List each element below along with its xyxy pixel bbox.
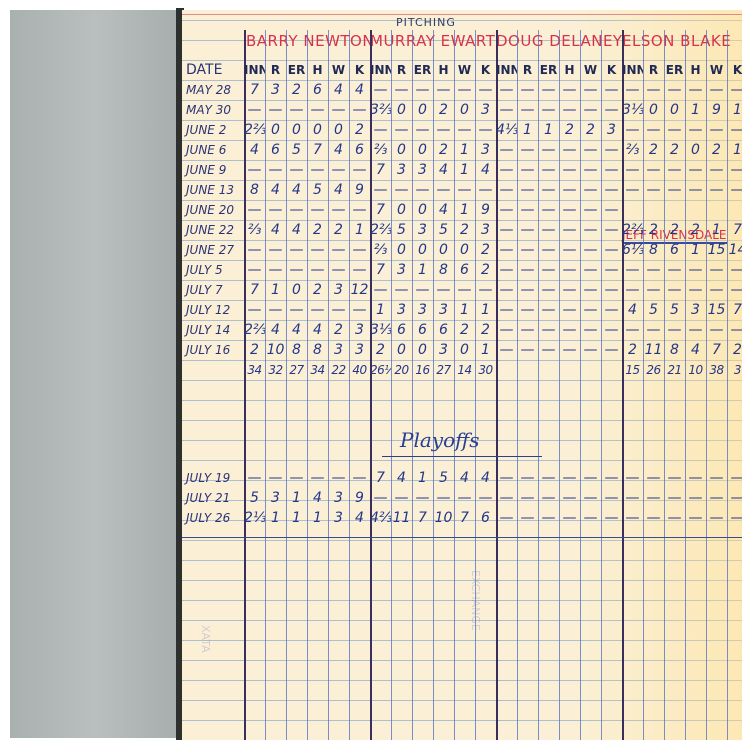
stat-cell-murray-inn: — — [370, 180, 391, 200]
stat-cell-elson-k — [727, 200, 742, 220]
stat-cell-elson-r: 2 — [643, 220, 664, 240]
stat-cell-murray-h: — — [433, 280, 454, 300]
stat-cell-doug-h: — — [559, 260, 580, 280]
stat-cell-murray-r: 0 — [391, 140, 412, 160]
stat-cell-doug-er: — — [538, 200, 559, 220]
stat-cell-murray-er: 0 — [412, 200, 433, 220]
stat-cell-elson-inn: — — [622, 508, 643, 528]
stat-cell-doug-r: — — [517, 300, 538, 320]
stat-cell-elson-h: 0 — [685, 140, 706, 160]
stat-cell-doug-h: — — [559, 508, 580, 528]
stat-cell-doug-w: — — [580, 80, 601, 100]
stat-cell-murray-r: 20 — [391, 360, 412, 380]
stat-cell-murray-inn: 7 — [370, 160, 391, 180]
stat-cell-barry-k: 6 — [349, 140, 370, 160]
stat-cell-barry-inn: 2⅔ — [244, 320, 265, 340]
stat-cell-doug-inn: — — [496, 200, 517, 220]
stat-cell-murray-h: 4 — [433, 160, 454, 180]
stat-cell-barry-w: — — [328, 260, 349, 280]
stat-cell-barry-h: 8 — [307, 340, 328, 360]
stat-cell-murray-er: 16 — [412, 360, 433, 380]
table-row: JULY 19——————741544———————————— — [182, 468, 742, 488]
stat-cell-murray-r: 11 — [391, 508, 412, 528]
stat-cell-barry-k: 4 — [349, 80, 370, 100]
stat-cell-barry-inn: ⅔ — [244, 220, 265, 240]
stat-cell-elson-h: 10 — [685, 360, 706, 380]
stat-cell-murray-inn: 7 — [370, 200, 391, 220]
row-date: JULY 5 — [186, 260, 244, 280]
stat-cell-barry-k: — — [349, 468, 370, 488]
stat-cell-doug-k: — — [601, 300, 622, 320]
row-date: JULY 26 — [186, 508, 244, 528]
row-date: JUNE 13 — [186, 180, 244, 200]
stat-cell-doug-w: — — [580, 508, 601, 528]
column-header-h: H — [433, 60, 454, 80]
stat-cell-barry-er: 5 — [286, 140, 307, 160]
stat-cell-murray-inn: 3⅓ — [370, 320, 391, 340]
column-header-inn: INN — [244, 60, 265, 80]
stat-cell-elson-inn: 2 — [622, 340, 643, 360]
column-header-row: DATEINNRERHWKINNRERHWKINNRERHWKINNRERHWK — [182, 60, 742, 80]
stat-cell-murray-inn: 1 — [370, 300, 391, 320]
stat-cell-murray-w: — — [454, 280, 475, 300]
stat-cell-elson-k: — — [727, 80, 742, 100]
stat-cell-doug-r: — — [517, 100, 538, 120]
stat-cell-elson-w: — — [706, 508, 727, 528]
stat-cell-murray-w: — — [454, 488, 475, 508]
table-row: JULY 12——————133311——————4553157 — [182, 300, 742, 320]
stat-cell-barry-inn: 5 — [244, 488, 265, 508]
stat-cell-elson-inn: 4 — [622, 300, 643, 320]
stat-cell-murray-r: — — [391, 120, 412, 140]
stat-cell-doug-er: — — [538, 508, 559, 528]
stat-cell-doug-er: — — [538, 220, 559, 240]
stat-cell-doug-k: — — [601, 140, 622, 160]
playoffs-underline — [382, 456, 542, 457]
stat-cell-elson-w: — — [706, 180, 727, 200]
stat-cell-barry-h: 7 — [307, 140, 328, 160]
stat-cell-elson-r: — — [643, 260, 664, 280]
stat-cell-barry-inn: 2⅔ — [244, 120, 265, 140]
stat-cell-murray-er: 0 — [412, 140, 433, 160]
stat-cell-doug-inn: — — [496, 180, 517, 200]
stat-cell-doug-h: — — [559, 180, 580, 200]
stat-cell-doug-h: — — [559, 80, 580, 100]
stat-cell-elson-er: — — [664, 488, 685, 508]
ledger-page: PITCHING BARRY NEWTON MURRAY EWART DOUG … — [182, 10, 742, 740]
stat-cell-barry-h: 2 — [307, 220, 328, 240]
stat-cell-murray-h: 5 — [433, 220, 454, 240]
stat-cell-doug-w: — — [580, 280, 601, 300]
stat-cell-doug-h: — — [559, 220, 580, 240]
row-date: JUNE 9 — [186, 160, 244, 180]
stat-cell-barry-r: — — [265, 240, 286, 260]
stat-cell-doug-er: — — [538, 180, 559, 200]
stat-cell-barry-r: 10 — [265, 340, 286, 360]
stat-cell-murray-h: 3 — [433, 300, 454, 320]
stat-cell-murray-k: 30 — [475, 360, 496, 380]
stat-cell-doug-r: — — [517, 160, 538, 180]
stat-cell-doug-er: — — [538, 320, 559, 340]
stat-cell-elson-w: 7 — [706, 340, 727, 360]
stat-cell-doug-r: — — [517, 80, 538, 100]
stat-cell-barry-inn: — — [244, 240, 265, 260]
stat-cell-elson-h: 4 — [685, 340, 706, 360]
stat-cell-doug-k: — — [601, 320, 622, 340]
row-date: JUNE 2 — [186, 120, 244, 140]
stat-cell-doug-h: — — [559, 340, 580, 360]
stat-cell-murray-w: 6 — [454, 260, 475, 280]
stat-cell-barry-r: 4 — [265, 180, 286, 200]
stat-cell-murray-w: 0 — [454, 100, 475, 120]
stat-cell-doug-w: — — [580, 488, 601, 508]
stat-cell-doug-r: — — [517, 488, 538, 508]
stat-cell-elson-r: 0 — [643, 100, 664, 120]
stat-cell-murray-r: 3 — [391, 260, 412, 280]
stat-cell-barry-k: 3 — [349, 340, 370, 360]
stat-cell-barry-inn: — — [244, 160, 265, 180]
stat-cell-barry-k: 9 — [349, 488, 370, 508]
stat-cell-doug-inn: — — [496, 468, 517, 488]
row-date: MAY 30 — [186, 100, 244, 120]
stat-cell-elson-r: — — [643, 80, 664, 100]
stat-cell-murray-k: — — [475, 180, 496, 200]
stat-cell-murray-inn: 4⅔ — [370, 508, 391, 528]
stat-cell-doug-er: — — [538, 160, 559, 180]
column-header-k: K — [349, 60, 370, 80]
row-date: MAY 28 — [186, 80, 244, 100]
stat-cell-murray-w: 1 — [454, 200, 475, 220]
stat-cell-doug-k — [601, 360, 622, 380]
column-header-k: K — [475, 60, 496, 80]
stat-cell-murray-er: 0 — [412, 100, 433, 120]
stat-cell-doug-r: 1 — [517, 120, 538, 140]
stat-cell-barry-h: 6 — [307, 80, 328, 100]
stat-cell-doug-inn: 4⅓ — [496, 120, 517, 140]
stat-cell-murray-er: — — [412, 180, 433, 200]
stat-cell-doug-er: — — [538, 468, 559, 488]
stat-cell-murray-er: 3 — [412, 220, 433, 240]
stat-cell-barry-r: 4 — [265, 220, 286, 240]
stat-cell-doug-er: — — [538, 488, 559, 508]
stat-cell-barry-er: 1 — [286, 488, 307, 508]
stat-cell-elson-k: — — [727, 488, 742, 508]
stat-cell-murray-inn: 7 — [370, 260, 391, 280]
stat-cell-murray-r: 0 — [391, 200, 412, 220]
stat-cell-elson-r: — — [643, 468, 664, 488]
stat-cell-elson-k: — — [727, 160, 742, 180]
stat-cell-murray-r: 5 — [391, 220, 412, 240]
stat-cell-elson-k: 3 — [727, 360, 742, 380]
stat-cell-murray-inn: 7 — [370, 468, 391, 488]
stat-cell-doug-r: — — [517, 280, 538, 300]
stat-cell-barry-k: — — [349, 160, 370, 180]
table-row: JUNE 22⅔442212⅔53523——————2⅔22217 — [182, 220, 742, 240]
stat-cell-murray-r: 0 — [391, 340, 412, 360]
stat-cell-murray-k: 1 — [475, 340, 496, 360]
stat-cell-doug-w: — — [580, 468, 601, 488]
column-header-inn: INN — [622, 60, 643, 80]
top-margin-line — [182, 14, 742, 15]
stat-cell-barry-k: 3 — [349, 320, 370, 340]
stat-cell-barry-k: — — [349, 240, 370, 260]
table-row: JULY 5——————731862———————————— — [182, 260, 742, 280]
stat-cell-elson-er: — — [664, 508, 685, 528]
stat-cell-elson-er: 6 — [664, 240, 685, 260]
stat-cell-barry-h: 2 — [307, 280, 328, 300]
totals-row: 34322734224026⅓201627143015262110383 — [182, 360, 742, 380]
stat-cell-elson-w: — — [706, 80, 727, 100]
stat-cell-murray-h: 8 — [433, 260, 454, 280]
stat-cell-elson-inn: — — [622, 160, 643, 180]
stat-cell-barry-h: 4 — [307, 320, 328, 340]
stat-cell-barry-k: — — [349, 100, 370, 120]
stat-cell-barry-w: — — [328, 160, 349, 180]
table-row: MAY 28732644—————————————————— — [182, 80, 742, 100]
stat-cell-doug-inn: — — [496, 160, 517, 180]
stat-cell-barry-er: — — [286, 300, 307, 320]
column-header-w: W — [454, 60, 475, 80]
stat-cell-elson-k: — — [727, 260, 742, 280]
stat-cell-elson-h — [685, 200, 706, 220]
stat-cell-barry-inn: 4 — [244, 140, 265, 160]
stat-cell-elson-inn: 15 — [622, 360, 643, 380]
stat-cell-doug-inn: — — [496, 508, 517, 528]
stat-cell-murray-er: 1 — [412, 468, 433, 488]
stat-cell-elson-h: 1 — [685, 240, 706, 260]
stat-cell-murray-r: 3 — [391, 160, 412, 180]
stat-cell-doug-inn: — — [496, 340, 517, 360]
stat-cell-elson-inn: 3⅓ — [622, 100, 643, 120]
stat-cell-elson-r: 2 — [643, 140, 664, 160]
stat-cell-doug-inn: — — [496, 320, 517, 340]
stat-cell-barry-r: 6 — [265, 140, 286, 160]
column-header-er: ER — [538, 60, 559, 80]
stat-cell-barry-er: 0 — [286, 120, 307, 140]
stat-cell-elson-inn: — — [622, 280, 643, 300]
stat-cell-barry-er: — — [286, 100, 307, 120]
stat-cell-doug-w: — — [580, 160, 601, 180]
column-header-w: W — [580, 60, 601, 80]
stat-cell-elson-er: 2 — [664, 140, 685, 160]
stat-cell-murray-r: 4 — [391, 468, 412, 488]
stat-cell-doug-inn: — — [496, 488, 517, 508]
end-of-entries-line — [182, 537, 742, 538]
stat-cell-barry-k: — — [349, 260, 370, 280]
stat-cell-murray-er: 0 — [412, 240, 433, 260]
stat-cell-murray-h: 4 — [433, 200, 454, 220]
row-date: JULY 21 — [186, 488, 244, 508]
stat-cell-doug-k: — — [601, 508, 622, 528]
stat-cell-murray-er: — — [412, 280, 433, 300]
column-header-h: H — [685, 60, 706, 80]
stat-cell-doug-w: — — [580, 320, 601, 340]
stat-cell-murray-inn: ⅔ — [370, 140, 391, 160]
stat-cell-murray-w: 1 — [454, 140, 475, 160]
stat-cell-doug-w: — — [580, 260, 601, 280]
stat-cell-elson-w: 38 — [706, 360, 727, 380]
stat-cell-doug-h: — — [559, 200, 580, 220]
stat-cell-barry-h: — — [307, 100, 328, 120]
stat-cell-barry-w: — — [328, 300, 349, 320]
stat-cell-barry-h: 34 — [307, 360, 328, 380]
stat-cell-barry-w: — — [328, 240, 349, 260]
stat-cell-barry-inn: — — [244, 300, 265, 320]
stat-cell-barry-h: — — [307, 260, 328, 280]
stat-cell-murray-inn: — — [370, 120, 391, 140]
stat-cell-barry-inn: 2 — [244, 340, 265, 360]
stat-cell-elson-r: — — [643, 488, 664, 508]
stat-cell-barry-w: 4 — [328, 80, 349, 100]
stat-cell-barry-h: 4 — [307, 488, 328, 508]
stat-cell-doug-inn: — — [496, 140, 517, 160]
row-date: JULY 7 — [186, 280, 244, 300]
stat-cell-doug-w — [580, 360, 601, 380]
stat-cell-murray-w: 4 — [454, 468, 475, 488]
stat-cell-barry-w: 3 — [328, 488, 349, 508]
column-header-er: ER — [412, 60, 433, 80]
bleed-through-text: EXCHANGE — [469, 570, 482, 631]
stat-cell-murray-r: — — [391, 180, 412, 200]
stat-cell-doug-er: — — [538, 260, 559, 280]
stat-cell-murray-h: 5 — [433, 468, 454, 488]
stat-cell-murray-w: 2 — [454, 220, 475, 240]
stat-cell-elson-r: — — [643, 180, 664, 200]
stat-cell-murray-h: 0 — [433, 240, 454, 260]
stat-cell-barry-w: — — [328, 100, 349, 120]
stat-cell-doug-h: — — [559, 100, 580, 120]
stat-cell-elson-w: — — [706, 160, 727, 180]
stat-cell-doug-h: — — [559, 488, 580, 508]
stat-cell-doug-k: — — [601, 80, 622, 100]
stat-cell-doug-er: — — [538, 300, 559, 320]
stat-cell-doug-w: — — [580, 200, 601, 220]
stat-cell-elson-k: 7 — [727, 300, 742, 320]
stat-cell-elson-h: — — [685, 280, 706, 300]
stat-cell-barry-w: — — [328, 468, 349, 488]
stat-cell-doug-r: — — [517, 140, 538, 160]
table-row: JULY 142⅔444233⅓66622———————————— — [182, 320, 742, 340]
stat-cell-doug-h: — — [559, 320, 580, 340]
stat-cell-doug-r: — — [517, 260, 538, 280]
stat-cell-barry-er: 4 — [286, 220, 307, 240]
stat-cell-murray-er: 3 — [412, 300, 433, 320]
stat-cell-murray-k: 1 — [475, 300, 496, 320]
stat-cell-murray-h: 27 — [433, 360, 454, 380]
stat-cell-barry-inn: — — [244, 260, 265, 280]
stat-cell-barry-inn: — — [244, 100, 265, 120]
stat-cell-murray-k: 3 — [475, 100, 496, 120]
stat-cell-elson-er: 8 — [664, 340, 685, 360]
stat-cell-elson-r: — — [643, 320, 664, 340]
stat-cell-elson-k: — — [727, 320, 742, 340]
stat-cell-murray-inn: ⅔ — [370, 240, 391, 260]
stat-cell-murray-w: 2 — [454, 320, 475, 340]
stat-cell-elson-h: — — [685, 320, 706, 340]
stat-cell-barry-k: — — [349, 200, 370, 220]
column-header-w: W — [328, 60, 349, 80]
stat-cell-murray-k: 2 — [475, 240, 496, 260]
stat-cell-barry-inn: 8 — [244, 180, 265, 200]
stat-cell-elson-h: — — [685, 180, 706, 200]
stat-cell-doug-k: — — [601, 100, 622, 120]
stat-cell-murray-k: 2 — [475, 260, 496, 280]
stat-cell-barry-er: 4 — [286, 180, 307, 200]
stat-cell-barry-inn: — — [244, 468, 265, 488]
stat-cell-doug-h: 2 — [559, 120, 580, 140]
stat-cell-barry-er: — — [286, 200, 307, 220]
row-date: JULY 14 — [186, 320, 244, 340]
stat-cell-doug-w: — — [580, 240, 601, 260]
stat-cell-barry-r: 1 — [265, 508, 286, 528]
stat-cell-elson-er: 21 — [664, 360, 685, 380]
stat-cell-murray-k: — — [475, 488, 496, 508]
stat-cell-barry-h: — — [307, 468, 328, 488]
stat-cell-elson-er: 0 — [664, 100, 685, 120]
stat-cell-doug-er — [538, 360, 559, 380]
row-date: JULY 19 — [186, 468, 244, 488]
stat-cell-murray-h: 2 — [433, 140, 454, 160]
stat-cell-barry-r: 0 — [265, 120, 286, 140]
stat-cell-doug-h: — — [559, 160, 580, 180]
stat-cell-barry-w: 4 — [328, 140, 349, 160]
stat-cell-barry-h: — — [307, 200, 328, 220]
stat-cell-elson-k: 1 — [727, 100, 742, 120]
stat-cell-murray-w: 1 — [454, 300, 475, 320]
stat-cell-elson-h: 3 — [685, 300, 706, 320]
stat-cell-murray-h: 3 — [433, 340, 454, 360]
stat-cell-elson-h: — — [685, 468, 706, 488]
stat-cell-barry-k: 9 — [349, 180, 370, 200]
stat-cell-elson-k: 7 — [727, 220, 742, 240]
stat-cell-doug-inn — [496, 360, 517, 380]
table-row: JUNE 22⅔00002——————4⅓11223—————— — [182, 120, 742, 140]
table-row: JULY 77102312—————————————————— — [182, 280, 742, 300]
stat-cell-murray-r: — — [391, 80, 412, 100]
stat-cell-doug-inn: — — [496, 280, 517, 300]
stat-cell-murray-r: — — [391, 280, 412, 300]
stat-cell-barry-w: 2 — [328, 320, 349, 340]
stat-cell-murray-r: — — [391, 488, 412, 508]
stat-cell-murray-r: 0 — [391, 100, 412, 120]
stat-cell-doug-k: — — [601, 180, 622, 200]
stat-cell-elson-k: — — [727, 280, 742, 300]
stat-cell-doug-inn: — — [496, 100, 517, 120]
stat-cell-elson-h: 2 — [685, 220, 706, 240]
stat-cell-elson-r: 26 — [643, 360, 664, 380]
stat-cell-murray-er: 7 — [412, 508, 433, 528]
row-date: JUNE 22 — [186, 220, 244, 240]
stat-cell-elson-w: 15 — [706, 300, 727, 320]
stat-cell-doug-r: — — [517, 320, 538, 340]
stat-cell-elson-r: 5 — [643, 300, 664, 320]
stat-cell-elson-er: — — [664, 320, 685, 340]
stat-cell-doug-h — [559, 360, 580, 380]
stat-cell-barry-er: 27 — [286, 360, 307, 380]
table-row: JULY 162108833200301——————2118472 — [182, 340, 742, 360]
stat-cell-barry-h: 1 — [307, 508, 328, 528]
stat-cell-doug-inn: — — [496, 220, 517, 240]
stat-cell-doug-w: — — [580, 220, 601, 240]
stat-cell-barry-er: 4 — [286, 320, 307, 340]
column-header-h: H — [559, 60, 580, 80]
stat-cell-barry-er: 1 — [286, 508, 307, 528]
stat-cell-elson-er: — — [664, 80, 685, 100]
stat-cell-murray-inn: 2⅔ — [370, 220, 391, 240]
stat-cell-elson-w: — — [706, 488, 727, 508]
stat-cell-murray-er: 6 — [412, 320, 433, 340]
stat-cell-murray-er: — — [412, 488, 433, 508]
